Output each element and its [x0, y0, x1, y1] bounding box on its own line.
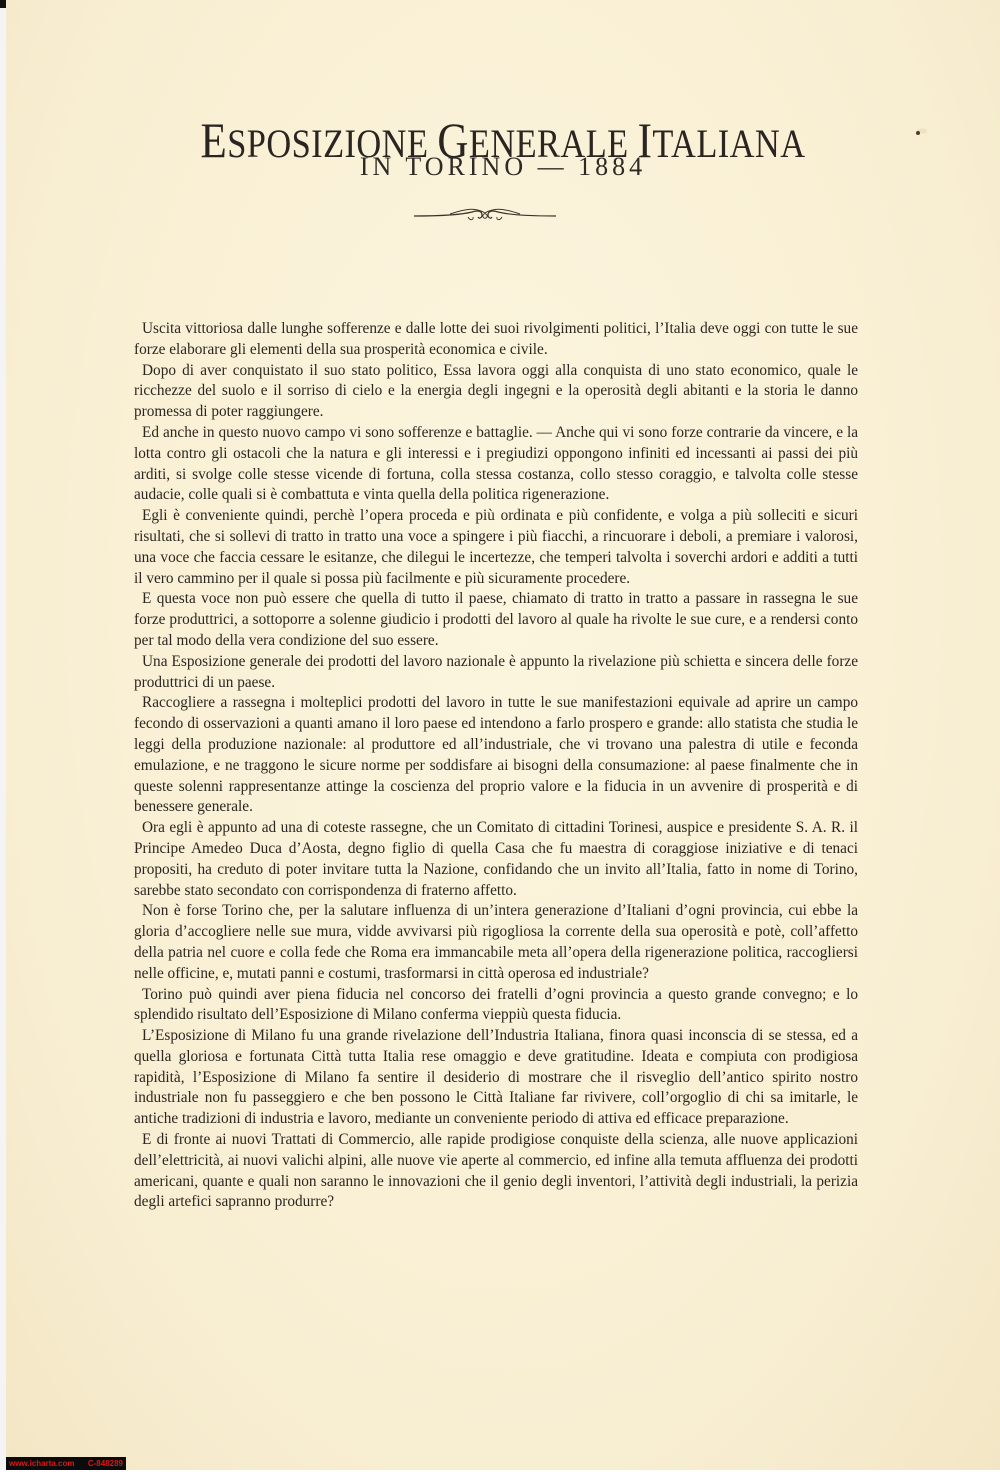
paragraph: Ora egli è appunto ad una di coteste ras…: [134, 818, 858, 901]
paragraph: E di fronte ai nuovi Trattati di Commerc…: [134, 1130, 858, 1213]
document-page: ESPOSIZIONE GENERALE ITALIANA IN TORINO …: [6, 0, 1000, 1475]
paragraph: Egli è conveniente quindi, perchè l’oper…: [134, 506, 858, 589]
watermark-code: C-848289: [88, 1459, 123, 1468]
watermark-site: www.icharta.com: [9, 1459, 75, 1468]
scroll-flourish-icon: [410, 203, 560, 225]
paragraph: Non è forse Torino che, per la salutare …: [134, 901, 858, 984]
document-body: Uscita vittoriosa dalle lunghe sofferenz…: [134, 319, 858, 1213]
document-subtitle: IN TORINO — 1884: [6, 152, 1000, 182]
ink-speck-icon: [913, 128, 927, 136]
watermark-banner: www.icharta.com C-848289: [6, 1457, 126, 1470]
paragraph: Uscita vittoriosa dalle lunghe sofferenz…: [134, 319, 858, 361]
paragraph: Una Esposizione generale dei prodotti de…: [134, 652, 858, 694]
paragraph: E questa voce non può essere che quella …: [134, 589, 858, 651]
paragraph: Raccogliere a rassegna i molteplici prod…: [134, 693, 858, 818]
paragraph: Torino può quindi aver piena fiducia nel…: [134, 985, 858, 1027]
paragraph: Dopo di aver conquistato il suo stato po…: [134, 361, 858, 423]
scan-bottom-edge: [0, 1470, 1000, 1475]
paragraph: L’Esposizione di Milano fu una grande ri…: [134, 1026, 858, 1130]
paragraph: Ed anche in questo nuovo campo vi sono s…: [134, 423, 858, 506]
